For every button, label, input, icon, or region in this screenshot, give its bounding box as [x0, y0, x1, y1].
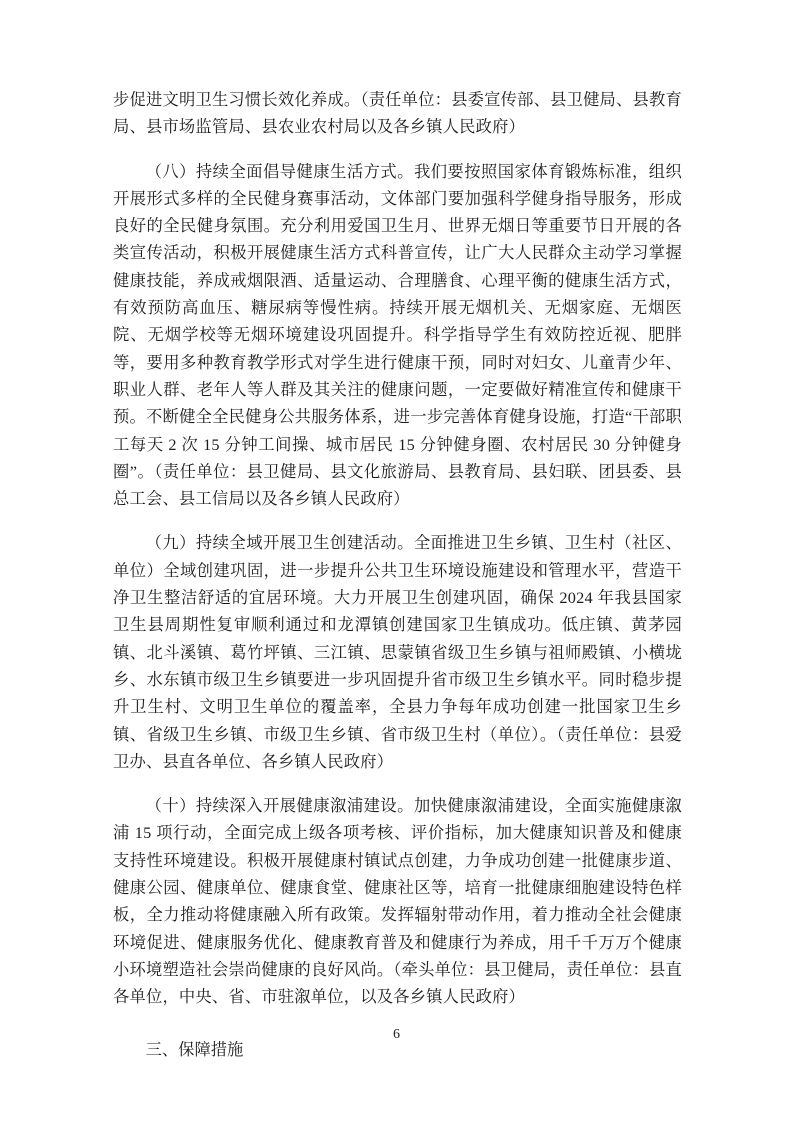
paragraph-item-9: （九）持续全域开展卫生创建活动。全面推进卫生乡镇、卫生村（社区、单位）全域创建巩… [113, 529, 682, 775]
document-page: 步促进文明卫生习惯长效化养成。（责任单位：县委宣传部、县卫健局、县教育局、县市场… [0, 0, 793, 1122]
paragraph-item-10: （十）持续深入开展健康溆浦建设。加快健康溆浦建设，全面实施健康溆浦 15 项行动… [113, 792, 682, 1010]
paragraph-continuation: 步促进文明卫生习惯长效化养成。（责任单位：县委宣传部、县卫健局、县教育局、县市场… [113, 86, 682, 141]
document-body: 步促进文明卫生习惯长效化养成。（责任单位：县委宣传部、县卫健局、县教育局、县市场… [113, 86, 682, 1063]
page-number: 6 [0, 1026, 793, 1044]
paragraph-item-8: （八）持续全面倡导健康生活方式。我们要按照国家体育锻炼标准，组织开展形式多样的全… [113, 158, 682, 513]
